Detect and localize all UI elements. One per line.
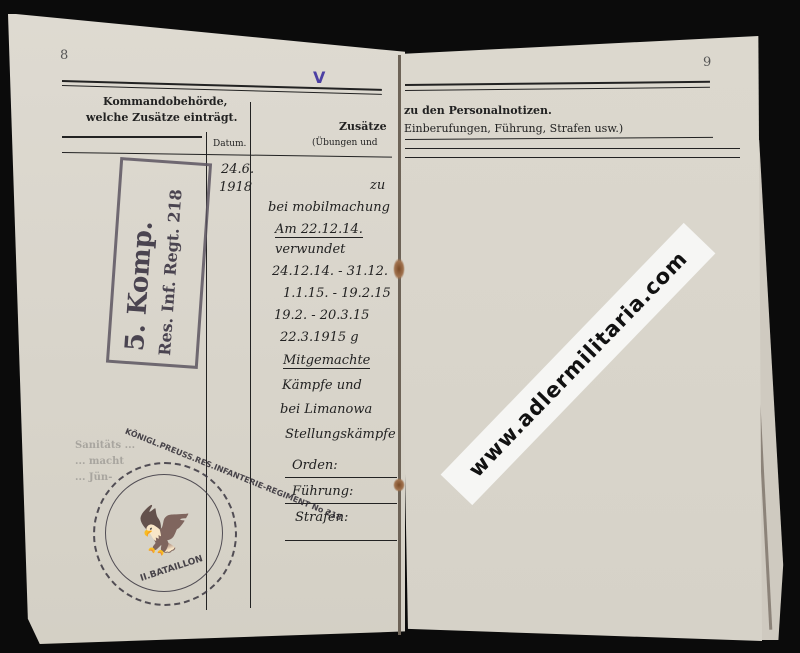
rust-stain	[393, 258, 405, 280]
handwritten-rule	[285, 540, 397, 541]
header-col2-line2: (Übungen und	[312, 138, 378, 148]
date-entry-year: 1918	[219, 180, 252, 195]
handwritten-entry: 22.3.1915 g	[280, 330, 359, 345]
right-header-line2: Einberufungen, Führung, Strafen usw.)	[404, 122, 623, 135]
handwritten-rule	[285, 477, 397, 478]
bleedthrough-text: ... Jün-	[75, 472, 112, 483]
right-header-bottom-rule-3	[405, 157, 740, 158]
handwritten-entry: Am 22.12.14.	[275, 222, 363, 238]
bleedthrough-text: Sanitäts ...	[75, 440, 135, 451]
regiment-seal: 🦅 KÖNIGL.PREUSS.RES.INFANTERIE-REGIMENT …	[93, 462, 237, 606]
handwritten-entry: 19.2. - 20.3.15	[274, 308, 369, 323]
handwritten-entry: Stellungskämpfe	[285, 427, 396, 442]
handwritten-entry: bei Limanowa	[280, 402, 372, 417]
header-col2-line1: Zusätze	[339, 120, 387, 133]
right-header-line1: zu den Personalnotizen.	[404, 104, 552, 117]
handwritten-entry: Mitgemachte	[283, 353, 370, 369]
rust-stain	[393, 478, 405, 492]
column-divider-date-right	[250, 102, 251, 608]
date-entry-day: 24.6.	[221, 162, 254, 177]
eagle-icon: 🦅	[133, 500, 197, 560]
book-spine	[398, 55, 401, 635]
header-date-label: Datum.	[213, 139, 246, 149]
handwritten-entry: 1.1.15. - 19.2.15	[283, 286, 391, 301]
handwritten-entry: bei mobilmachung	[268, 200, 390, 215]
page-number-right: 9	[703, 55, 711, 70]
stamp-mark-v: V	[313, 68, 325, 87]
right-header-bottom-rule-2	[405, 148, 740, 149]
page-number-left: 8	[60, 48, 68, 63]
handwritten-entry: Orden:	[292, 458, 338, 473]
handwritten-entry: verwundet	[275, 242, 345, 257]
header-bottom-rule	[62, 136, 202, 138]
handwritten-entry: Kämpfe und	[282, 378, 362, 393]
handwritten-entry: zu	[370, 178, 385, 193]
header-col1-line1: Kommandobehörde,	[103, 95, 227, 108]
bleedthrough-text: ... macht	[75, 456, 124, 467]
handwritten-entry: 24.12.14. - 31.12.	[272, 264, 388, 279]
header-col1-line2: welche Zusätze einträgt.	[86, 111, 237, 124]
